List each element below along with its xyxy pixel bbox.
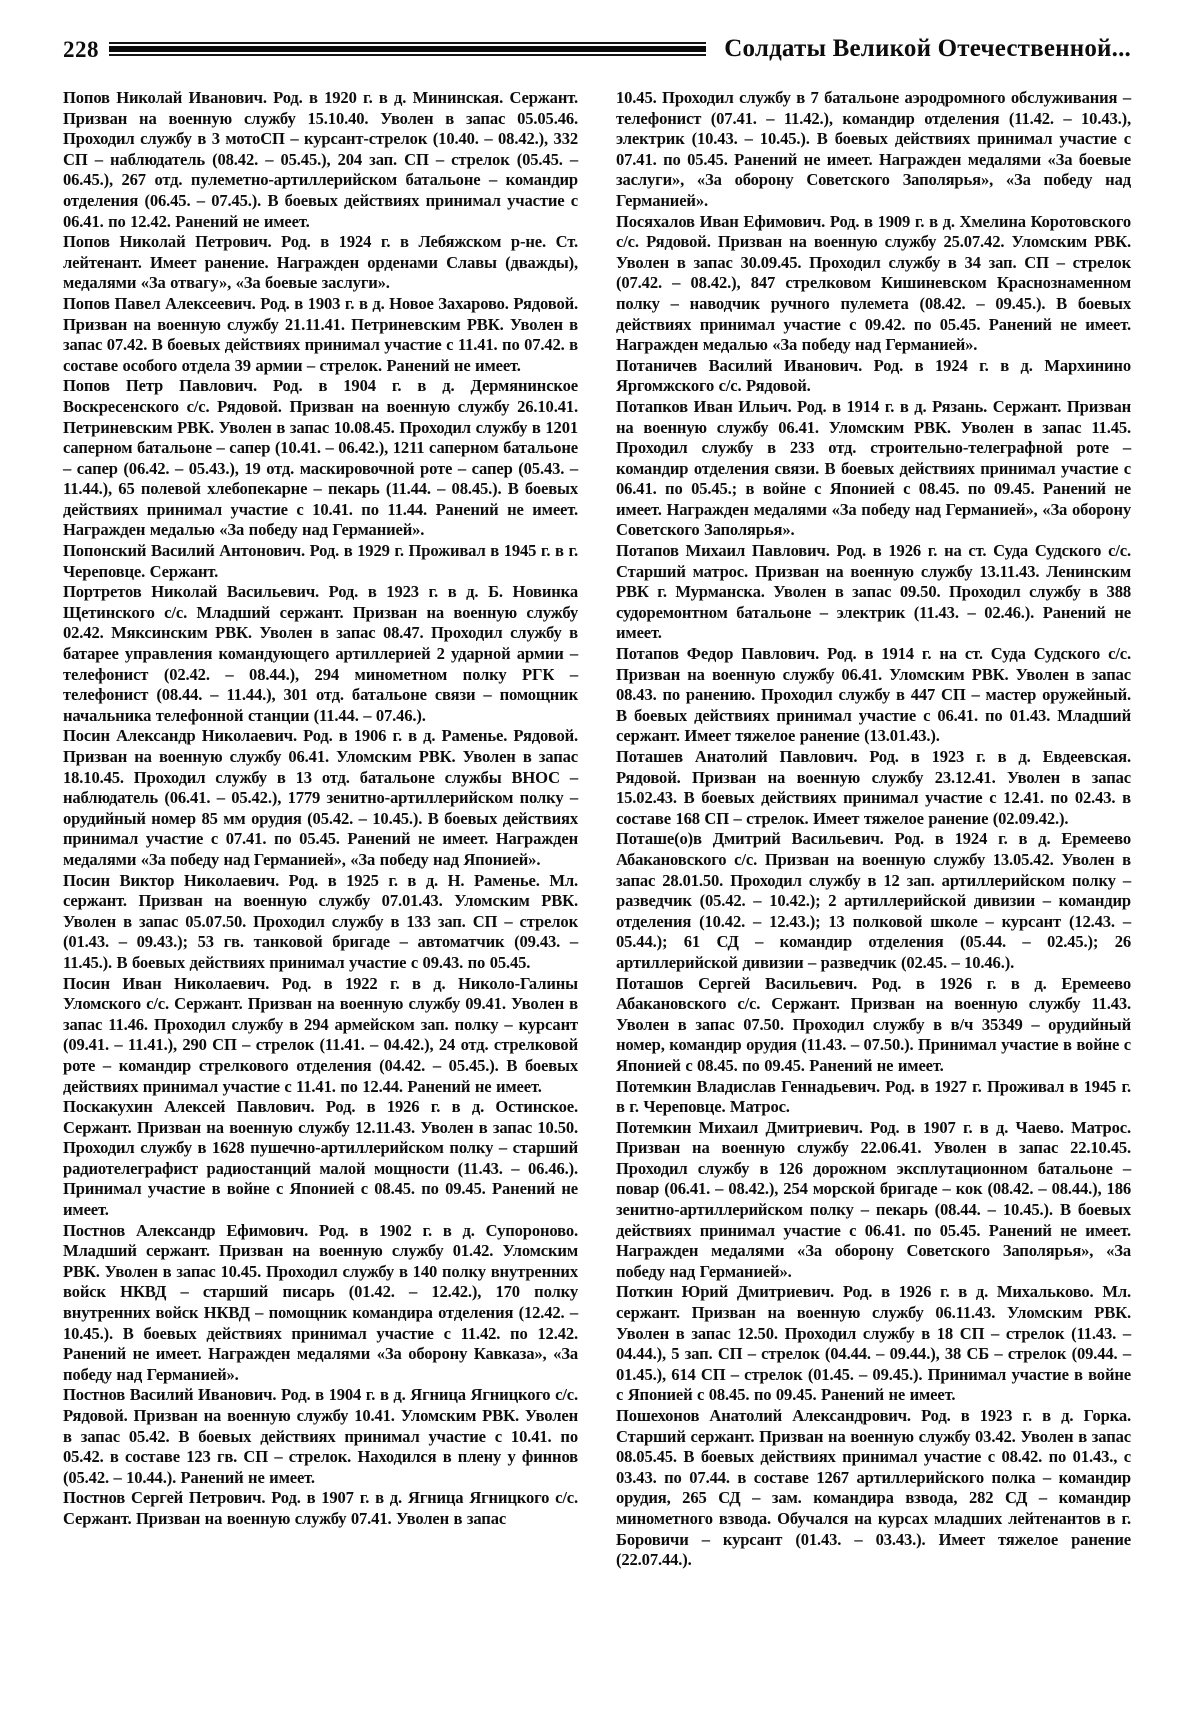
entry-paragraph: Поташе(о)в Дмитрий Васильевич. Род. в 19… (616, 829, 1131, 973)
page-header: 228 Солдаты Великой Отечественной... (63, 30, 1131, 64)
entry-paragraph: Постнов Василий Иванович. Род. в 1904 г.… (63, 1385, 578, 1488)
header-rule-thin-bottom (109, 54, 706, 56)
entry-paragraph: Потаничев Василий Иванович. Род. в 1924 … (616, 356, 1131, 397)
entry-paragraph: Потапков Иван Ильич. Род. в 1914 г. в д.… (616, 397, 1131, 541)
entry-paragraph: Пошехонов Анатолий Александрович. Род. в… (616, 1406, 1131, 1571)
page-number: 228 (63, 34, 99, 61)
entry-paragraph: Посин Александр Николаевич. Род. в 1906 … (63, 726, 578, 870)
text-columns: Попов Николай Иванович. Род. в 1920 г. в… (63, 88, 1131, 1571)
entry-paragraph: Постнов Александр Ефимович. Род. в 1902 … (63, 1221, 578, 1386)
entry-paragraph: Попов Павел Алексеевич. Род. в 1903 г. в… (63, 294, 578, 376)
entry-paragraph: Поташов Сергей Васильевич. Род. в 1926 г… (616, 974, 1131, 1077)
entry-paragraph: Попонский Василий Антонович. Род. в 1929… (63, 541, 578, 582)
entry-paragraph: Потемкин Владислав Геннадьевич. Род. в 1… (616, 1077, 1131, 1118)
entry-paragraph: Потемкин Михаил Дмитриевич. Род. в 1907 … (616, 1118, 1131, 1283)
entry-paragraph: Посин Виктор Николаевич. Род. в 1925 г. … (63, 871, 578, 974)
page-title: Солдаты Великой Отечественной... (724, 33, 1131, 61)
entry-paragraph: Попов Николай Петрович. Род. в 1924 г. в… (63, 232, 578, 294)
entry-paragraph: Поташев Анатолий Павлович. Род. в 1923 г… (616, 747, 1131, 829)
header-rule-thick (109, 46, 706, 52)
entry-paragraph: Попов Николай Иванович. Род. в 1920 г. в… (63, 88, 578, 232)
entry-paragraph: Посяхалов Иван Ефимович. Род. в 1909 г. … (616, 212, 1131, 356)
entry-paragraph: Поткин Юрий Дмитриевич. Род. в 1926 г. в… (616, 1282, 1131, 1406)
entry-paragraph: 10.45. Проходил службу в 7 батальоне аэр… (616, 88, 1131, 212)
entry-paragraph: Попов Петр Павлович. Род. в 1904 г. в д.… (63, 376, 578, 541)
entry-paragraph: Потапов Михаил Павлович. Род. в 1926 г. … (616, 541, 1131, 644)
right-column: 10.45. Проходил службу в 7 батальоне аэр… (616, 88, 1131, 1571)
book-page: 228 Солдаты Великой Отечественной... Поп… (0, 0, 1191, 1723)
entry-paragraph: Поскакухин Алексей Павлович. Род. в 1926… (63, 1097, 578, 1221)
header-rule (109, 38, 706, 56)
entry-paragraph: Потапов Федор Павлович. Род. в 1914 г. н… (616, 644, 1131, 747)
entry-paragraph: Постнов Сергей Петрович. Род. в 1907 г. … (63, 1488, 578, 1529)
header-rule-thin-top (109, 42, 706, 44)
entry-paragraph: Портретов Николай Васильевич. Род. в 192… (63, 582, 578, 726)
entry-paragraph: Посин Иван Николаевич. Род. в 1922 г. в … (63, 974, 578, 1098)
left-column: Попов Николай Иванович. Род. в 1920 г. в… (63, 88, 578, 1530)
